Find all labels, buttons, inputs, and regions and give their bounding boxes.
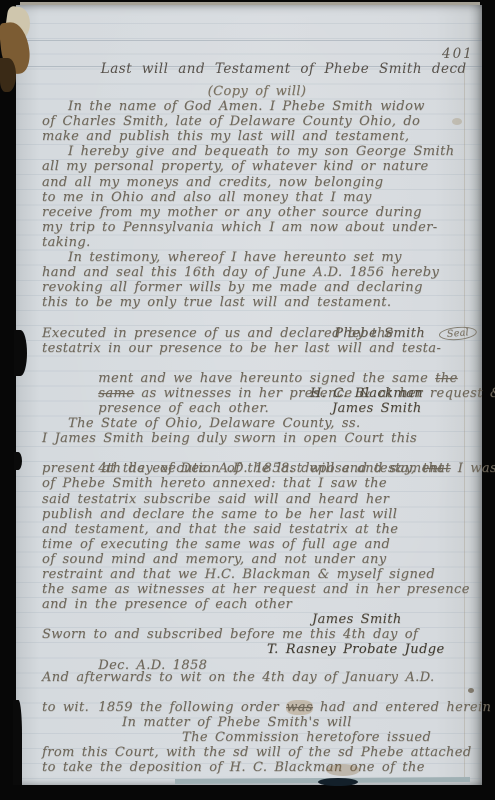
text-line: the same as witnesses at her request and… xyxy=(42,582,472,597)
text-line: Sworn to and subscribed before me this 4… xyxy=(42,627,472,642)
foxing-spot xyxy=(452,118,462,125)
text-line: make and publish this my last will and t… xyxy=(42,129,472,144)
text-line: all my personal property, of whatever ki… xyxy=(42,159,472,174)
ink-speck xyxy=(468,688,474,693)
jurat-heading: The State of Ohio, Delaware County, ss. xyxy=(42,416,472,431)
text-line: 4th day of Dec. A.D. 1858. depose and sa… xyxy=(42,446,472,461)
text-line: receive from my mother or any other sour… xyxy=(42,205,472,220)
text-line: I James Smith being duly sworn in open C… xyxy=(42,431,472,446)
attestation-line: presence of each other. H. C. Blackman xyxy=(42,386,472,401)
witness-signature: James Smith xyxy=(332,401,422,416)
judge-signature: T. Rasney Probate Judge xyxy=(267,642,445,657)
text-line: to wit. xyxy=(42,700,472,715)
header-rule-line xyxy=(16,40,482,41)
text-line: hand and seal this 16th day of June A.D.… xyxy=(42,265,472,280)
text-line: said testatrix subscribe said will and h… xyxy=(42,492,472,507)
text-line: In testimony, whereof I have hereunto se… xyxy=(42,250,472,265)
page-number: 401 xyxy=(442,46,474,62)
case-caption: In matter of Phebe Smith's will xyxy=(42,715,472,730)
testator-signature-line: Phebe SmithSeal xyxy=(42,310,472,325)
ledger-page: Last will and Testament of Phebe Smith d… xyxy=(16,5,482,785)
witness-signature-line: James Smith xyxy=(42,612,472,627)
text-line: 1859 the following order was had and ent… xyxy=(42,685,472,700)
attestation-line: testatrix in our presence to be her last… xyxy=(42,341,472,356)
torn-edge-dark xyxy=(0,58,16,92)
will-transcript: (Copy of will) In the name of God Amen. … xyxy=(42,84,472,775)
left-edge-notch xyxy=(13,700,22,785)
left-edge-notch xyxy=(14,330,27,376)
text-line: and in the presence of each other xyxy=(42,597,472,612)
text-line: of Charles Smith, late of Delaware Count… xyxy=(42,114,472,129)
attestation-line: ment and we have hereunto signed the sam… xyxy=(42,356,472,371)
text-line: The Commission heretofore issued xyxy=(42,730,472,745)
text-line: this to be my only true last will and te… xyxy=(42,295,472,310)
scan-shadow-blob xyxy=(318,778,358,786)
text-line: of sound mind and memory, and not under … xyxy=(42,552,472,567)
text-line: revoking all former wills by me made and… xyxy=(42,280,472,295)
paragraph-gap xyxy=(42,658,472,670)
text-line: and all my moneys and credits, now belon… xyxy=(42,175,472,190)
text-line: my trip to Pennsylvania which I am now a… xyxy=(42,220,472,235)
attestation-line: same as witnesses in her presence & at h… xyxy=(42,371,472,386)
text-line: And afterwards to wit on the 4th day of … xyxy=(42,670,472,685)
text-line: of Phebe Smith hereto annexed: that I sa… xyxy=(42,476,472,491)
document-title: Last will and Testament of Phebe Smith d… xyxy=(101,61,467,77)
text-line: I hereby give and bequeath to my son Geo… xyxy=(42,144,472,159)
text-line: In the name of God Amen. I Phebe Smith w… xyxy=(42,99,472,114)
ink-stain xyxy=(326,764,360,776)
witness-signature-line: James Smith xyxy=(42,401,472,416)
scanned-ledger-photo: Last will and Testament of Phebe Smith d… xyxy=(0,0,495,800)
text-line: restraint and that we H.C. Blackman & my… xyxy=(42,567,472,582)
attestation-line: Executed in presence of us and declared … xyxy=(42,326,472,341)
page-top-edge xyxy=(20,2,480,5)
left-edge-notch xyxy=(14,452,22,470)
text-line: taking. xyxy=(42,235,472,250)
text-line: to take the deposition of H. C. Blackman… xyxy=(42,760,472,775)
witness-signature: James Smith xyxy=(312,612,402,627)
text-line: from this Court, with the sd will of the… xyxy=(42,745,472,760)
text-line: present at the execution of the last wil… xyxy=(42,461,472,476)
jurat-date-line: Dec. A.D. 1858 T. Rasney Probate Judge xyxy=(42,642,472,657)
text-line: to me in Ohio and also all money that I … xyxy=(42,190,472,205)
text-line: and testament, and that the said testatr… xyxy=(42,522,472,537)
witness-signature: H. C. Blackman xyxy=(310,386,423,401)
copy-of-will-heading: (Copy of will) xyxy=(42,84,472,99)
text-line: publish and declare the same to be her l… xyxy=(42,507,472,522)
text-line: time of executing the same was of full a… xyxy=(42,537,472,552)
